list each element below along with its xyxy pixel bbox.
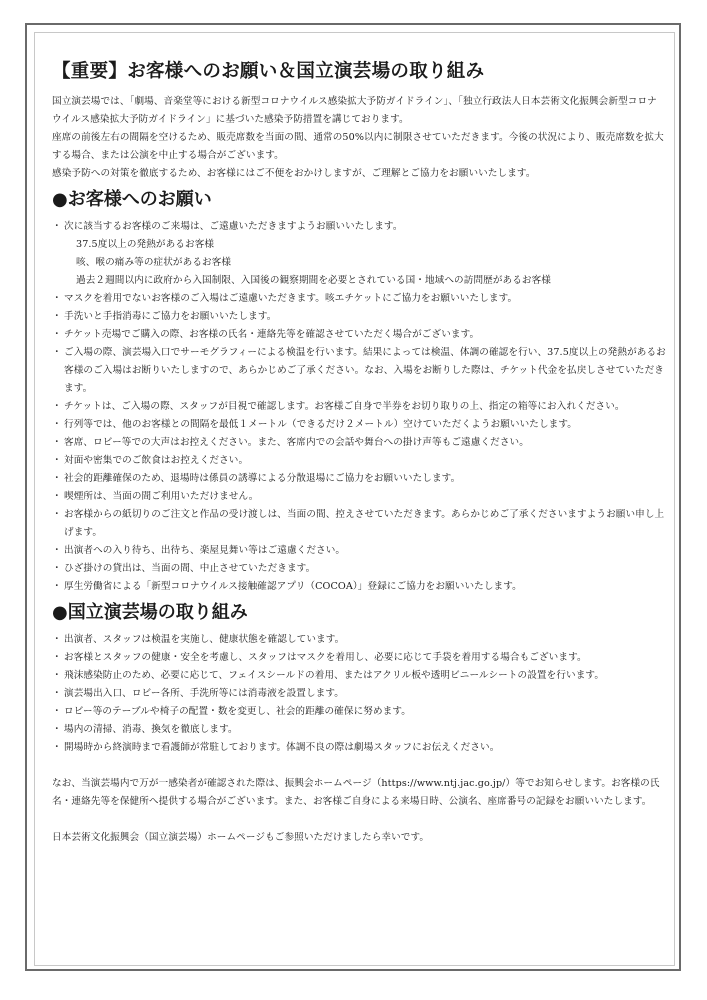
list-item-text: 出演者への入り待ち、出待ち、楽屋見舞い等はご遠慮ください。	[64, 545, 345, 556]
bullet-dot: ・	[52, 398, 62, 416]
list-item: ・ 場内の清掃、消毒、換気を徹底します。	[52, 721, 666, 739]
bullet-dot: ・	[52, 703, 62, 721]
bullet-dot: ・	[52, 416, 62, 434]
spacer	[52, 757, 666, 775]
list-item-text: 手洗いと手指消毒にご協力をお願いいたします。	[64, 311, 277, 322]
bullet-dot: ・	[52, 506, 62, 524]
list-item-text: 対面や密集でのご飲食はお控えください。	[64, 455, 248, 466]
list-item-text: 演芸場出入口、ロビー各所、手洗所等には消毒液を設置します。	[64, 688, 344, 699]
list-item-text: お客様からの紙切りのご注文と作品の受け渡しは、当面の間、控えさせていただきます。…	[64, 509, 664, 538]
list-item-text: 社会的距離確保のため、退場時は係員の誘導による分散退場にご協力をお願いいたします…	[64, 473, 460, 484]
list-item: ・ お客様からの紙切りのご注文と作品の受け渡しは、当面の間、控えさせていただきま…	[52, 506, 666, 542]
list-item-text: チケット売場でご購入の際、お客様の氏名・連絡先等を確認させていただく場合がござい…	[64, 329, 479, 340]
list-item: ・ チケットは、ご入場の際、スタッフが目視で確認します。お客様ご自身で半券をお切…	[52, 398, 666, 416]
list-item: ・ 喫煙所は、当面の間ご利用いただけません。	[52, 488, 666, 506]
list-item: ・ 出演者への入り待ち、出待ち、楽屋見舞い等はご遠慮ください。	[52, 542, 666, 560]
bullet-dot: ・	[52, 631, 62, 649]
intro-paragraph-seating: 座席の前後左右の間隔を空けるため、販売席数を当面の間、通常の50%以内に制限させ…	[52, 129, 666, 165]
bullet-dot: ・	[52, 542, 62, 560]
sub-list-item: 37.5度以上の発熱があるお客様	[52, 236, 666, 254]
list-item: ・ 社会的距離確保のため、退場時は係員の誘導による分散退場にご協力をお願いいたし…	[52, 470, 666, 488]
page-title: 【重要】お客様へのお願い＆国立演芸場の取り組み	[52, 60, 666, 84]
list-item-text: 客席、ロビー等での大声はお控えください。また、客席内での会話や舞台への掛け声等も…	[64, 437, 529, 448]
bullet-dot: ・	[52, 470, 62, 488]
intro-paragraph-guidelines: 国立演芸場では、「劇場、音楽堂等における新型コロナウイルス感染拡大予防ガイドライ…	[52, 93, 666, 129]
bullet-dot: ・	[52, 649, 62, 667]
list-item: ・ 出演者、スタッフは検温を実施し、健康状態を確認しています。	[52, 631, 666, 649]
list-item: ・ ひざ掛けの貸出は、当面の間、中止させていただきます。	[52, 560, 666, 578]
bullet-dot: ・	[52, 667, 62, 685]
list-item: ・ 厚生労働省による「新型コロナウイルス接触確認アプリ（COCOA）」登録にご協…	[52, 578, 666, 596]
list-item-text: マスクを着用でないお客様のご入場はご遠慮いただきます。咳エチケットにご協力をお願…	[64, 293, 517, 304]
bullet-dot: ・	[52, 578, 62, 596]
list-item: ・ お客様とスタッフの健康・安全を考慮し、スタッフはマスクを着用し、必要に応じて…	[52, 649, 666, 667]
list-item-text: 次に該当するお客様のご来場は、ご遠慮いただきますようお願いいたします。	[64, 221, 403, 232]
list-item-text: 喫煙所は、当面の間ご利用いただけません。	[64, 491, 258, 502]
list-item-text: チケットは、ご入場の際、スタッフが目視で確認します。お客様ご自身で半券をお切り取…	[64, 401, 625, 412]
bullet-dot: ・	[52, 721, 62, 739]
list-item: ・ 客席、ロビー等での大声はお控えください。また、客席内での会話や舞台への掛け声…	[52, 434, 666, 452]
list-item: ・ チケット売場でご購入の際、お客様の氏名・連絡先等を確認させていただく場合がご…	[52, 326, 666, 344]
theater-measures-list: ・ 出演者、スタッフは検温を実施し、健康状態を確認しています。 ・ お客様とスタ…	[52, 631, 666, 757]
intro-paragraph-cooperation: 感染予防への対策を徹底するため、お客様にはご不便をおかけしますが、ご理解とご協力…	[52, 165, 666, 183]
list-item-text: 出演者、スタッフは検温を実施し、健康状態を確認しています。	[64, 634, 344, 645]
closing-paragraph: 日本芸術文化振興会（国立演芸場）ホームページもご参照いただけましたら幸いです。	[52, 829, 666, 847]
list-item-text: 開場時から終演時まで看護師が常駐しております。体調不良の際は劇場スタッフにお伝え…	[64, 742, 499, 753]
bullet-dot: ・	[52, 560, 62, 578]
list-item-text: ロビー等のテーブルや椅子の配置・数を変更し、社会的距離の確保に努めます。	[64, 706, 411, 717]
list-item: ・ ご入場の際、演芸場入口でサーモグラフィーによる検温を行います。結果によっては…	[52, 344, 666, 398]
list-item: ・ マスクを着用でないお客様のご入場はご遠慮いただきます。咳エチケットにご協力を…	[52, 290, 666, 308]
list-item-text: 場内の清掃、消毒、換気を徹底します。	[64, 724, 238, 735]
sub-list-item: 過去２週間以内に政府から入国制限、入国後の観察期間を必要とされている国・地域への…	[52, 272, 666, 290]
bullet-dot: ・	[52, 308, 62, 326]
bullet-dot: ・	[52, 290, 62, 308]
notice-document: 【重要】お客様へのお願い＆国立演芸場の取り組み 国立演芸場では、「劇場、音楽堂等…	[52, 60, 666, 847]
section-heading-customer-requests: ●お客様へのお願い	[52, 188, 666, 212]
list-item-text: ご入場の際、演芸場入口でサーモグラフィーによる検温を行います。結果によっては検温…	[64, 347, 666, 394]
list-item-text: 飛沫感染防止のため、必要に応じて、フェイスシールドの着用、またはアクリル板や透明…	[64, 670, 604, 681]
list-item: ・ ロビー等のテーブルや椅子の配置・数を変更し、社会的距離の確保に努めます。	[52, 703, 666, 721]
list-item: ・ 飛沫感染防止のため、必要に応じて、フェイスシールドの着用、またはアクリル板や…	[52, 667, 666, 685]
list-item: ・ 開場時から終演時まで看護師が常駐しております。体調不良の際は劇場スタッフにお…	[52, 739, 666, 757]
bullet-dot: ・	[52, 218, 62, 236]
list-item-text: お客様とスタッフの健康・安全を考慮し、スタッフはマスクを着用し、必要に応じて手袋…	[64, 652, 587, 663]
list-item-text: 厚生労働省による「新型コロナウイルス接触確認アプリ（COCOA）」登録にご協力を…	[64, 581, 522, 592]
list-item: ・ 手洗いと手指消毒にご協力をお願いいたします。	[52, 308, 666, 326]
list-item: ・ 対面や密集でのご飲食はお控えください。	[52, 452, 666, 470]
infection-notice-paragraph: なお、当演芸場内で万が一感染者が確認された際は、振興会ホームページ（https:…	[52, 775, 666, 811]
bullet-dot: ・	[52, 452, 62, 470]
list-item-text: 行列等では、他のお客様との間隔を最低１メートル（できるだけ２メートル）空けていた…	[64, 419, 577, 430]
bullet-dot: ・	[52, 326, 62, 344]
list-item-text: ひざ掛けの貸出は、当面の間、中止させていただきます。	[64, 563, 315, 574]
list-item: ・ 行列等では、他のお客様との間隔を最低１メートル（できるだけ２メートル）空けて…	[52, 416, 666, 434]
bullet-dot: ・	[52, 344, 62, 362]
bullet-dot: ・	[52, 488, 62, 506]
sub-list-item: 咳、喉の痛み等の症状があるお客様	[52, 254, 666, 272]
customer-requests-list: ・ 次に該当するお客様のご来場は、ご遠慮いただきますようお願いいたします。 37…	[52, 218, 666, 596]
spacer	[52, 811, 666, 829]
section-heading-theater-measures: ●国立演芸場の取り組み	[52, 601, 666, 625]
bullet-dot: ・	[52, 685, 62, 703]
list-item: ・ 演芸場出入口、ロビー各所、手洗所等には消毒液を設置します。	[52, 685, 666, 703]
bullet-dot: ・	[52, 434, 62, 452]
list-item: ・ 次に該当するお客様のご来場は、ご遠慮いただきますようお願いいたします。	[52, 218, 666, 236]
bullet-dot: ・	[52, 739, 62, 757]
